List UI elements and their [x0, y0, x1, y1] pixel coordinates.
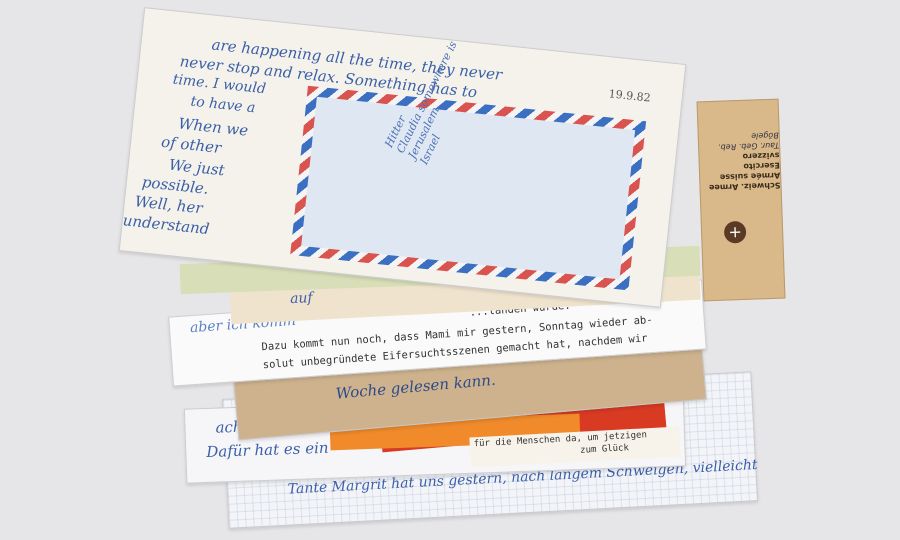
- airmail-envelope: Hitter Claudia somewhere is Jerusalem Is…: [290, 86, 646, 291]
- letter-date: 19.9.82: [608, 87, 651, 104]
- swiss-cross-icon: +: [724, 221, 747, 244]
- photo-scene: Tante Margrit hat uns gestern, nach lang…: [0, 0, 900, 540]
- note-line: Woche gelesen kann.: [335, 371, 496, 403]
- note-line: auf: [290, 290, 313, 307]
- note-line: Dafür hat es ein: [206, 439, 329, 461]
- military-postcard: + Schweiz. Armee Armée suisse Esercito s…: [697, 99, 786, 302]
